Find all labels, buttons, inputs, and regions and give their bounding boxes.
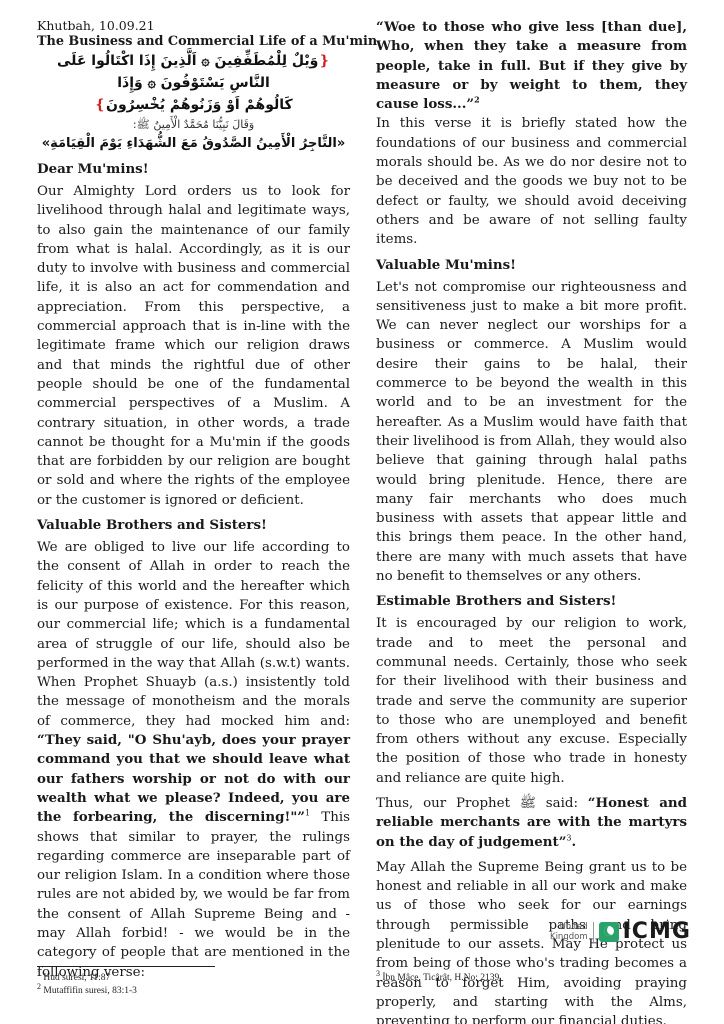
- footnote-divider: [37, 966, 215, 967]
- logo-divider: [593, 922, 594, 942]
- quote-shuayb: “They said, "O Shu'ayb, does your prayer…: [37, 732, 350, 825]
- paragraph-3: In this verse it is briefly stated how t…: [376, 114, 687, 249]
- paragraph-2: We are obliged to live our life accordin…: [37, 538, 350, 982]
- paragraph-6: Thus, our Prophet ﷺ said: “Honest and re…: [376, 794, 687, 852]
- left-column: Khutbah, 10.09.21 The Business and Comme…: [37, 18, 350, 982]
- crescent-logo-icon: [599, 922, 619, 942]
- verse-quote-mutaffifin: “Woe to those who give less [than due], …: [376, 18, 687, 114]
- icmg-logo: United Kingdom ICMG: [550, 921, 691, 943]
- arabic-hadith: «التَّاجِرُ الْأَمِينُ الصَّدُوقُ مَعَ ا…: [37, 134, 350, 154]
- footnote-1: 1 Hud suresi, 11:87: [37, 972, 110, 984]
- paragraph-1: Our Almighty Lord orders us to look for …: [37, 182, 350, 510]
- heading-estimable-brothers: Estimable Brothers and Sisters!: [376, 592, 687, 611]
- logo-region: United Kingdom: [550, 922, 588, 942]
- arabic-hadith-intro: وَقَالَ نَبِيُّنَا مُحَمَّدٌ الْأَمِينُ …: [37, 116, 350, 134]
- footnote-ref-2[interactable]: 2: [474, 95, 480, 105]
- footnote-2: 2 Mutaffifin suresi, 83:1-3: [37, 985, 137, 997]
- verse-ornament-close-icon: ❵: [94, 97, 106, 113]
- footnote-3: 3 İbn Mâce, Ticârât, H.No: 2139: [376, 972, 499, 984]
- heading-dear-mumins: Dear Mu'mins!: [37, 160, 350, 179]
- paragraph-4: Let's not compromise our righteousness a…: [376, 278, 687, 587]
- document-title: The Business and Commercial Life of a Mu…: [37, 34, 350, 50]
- khutbah-date: Khutbah, 10.09.21: [37, 18, 350, 34]
- logo-wordmark: ICMG: [623, 921, 691, 943]
- verse-ornament-open-icon: ❴: [318, 53, 330, 69]
- right-column: “Woe to those who give less [than due], …: [376, 18, 687, 1024]
- arabic-verse-line-2: كَالُوهُمْ اَوْ وَزَنُوهُمْ يُخْسِرُونَ❵: [37, 94, 350, 116]
- paragraph-5: It is encouraged by our religion to work…: [376, 614, 687, 788]
- heading-valuable-brothers: Valuable Brothers and Sisters!: [37, 516, 350, 535]
- heading-valuable-mumins: Valuable Mu'mins!: [376, 256, 687, 275]
- arabic-verse-line-1: ❴وَيْلٌ لِلْمُطَفِّفِينَ ۞ اَلَّذِينَ إِ…: [37, 50, 350, 94]
